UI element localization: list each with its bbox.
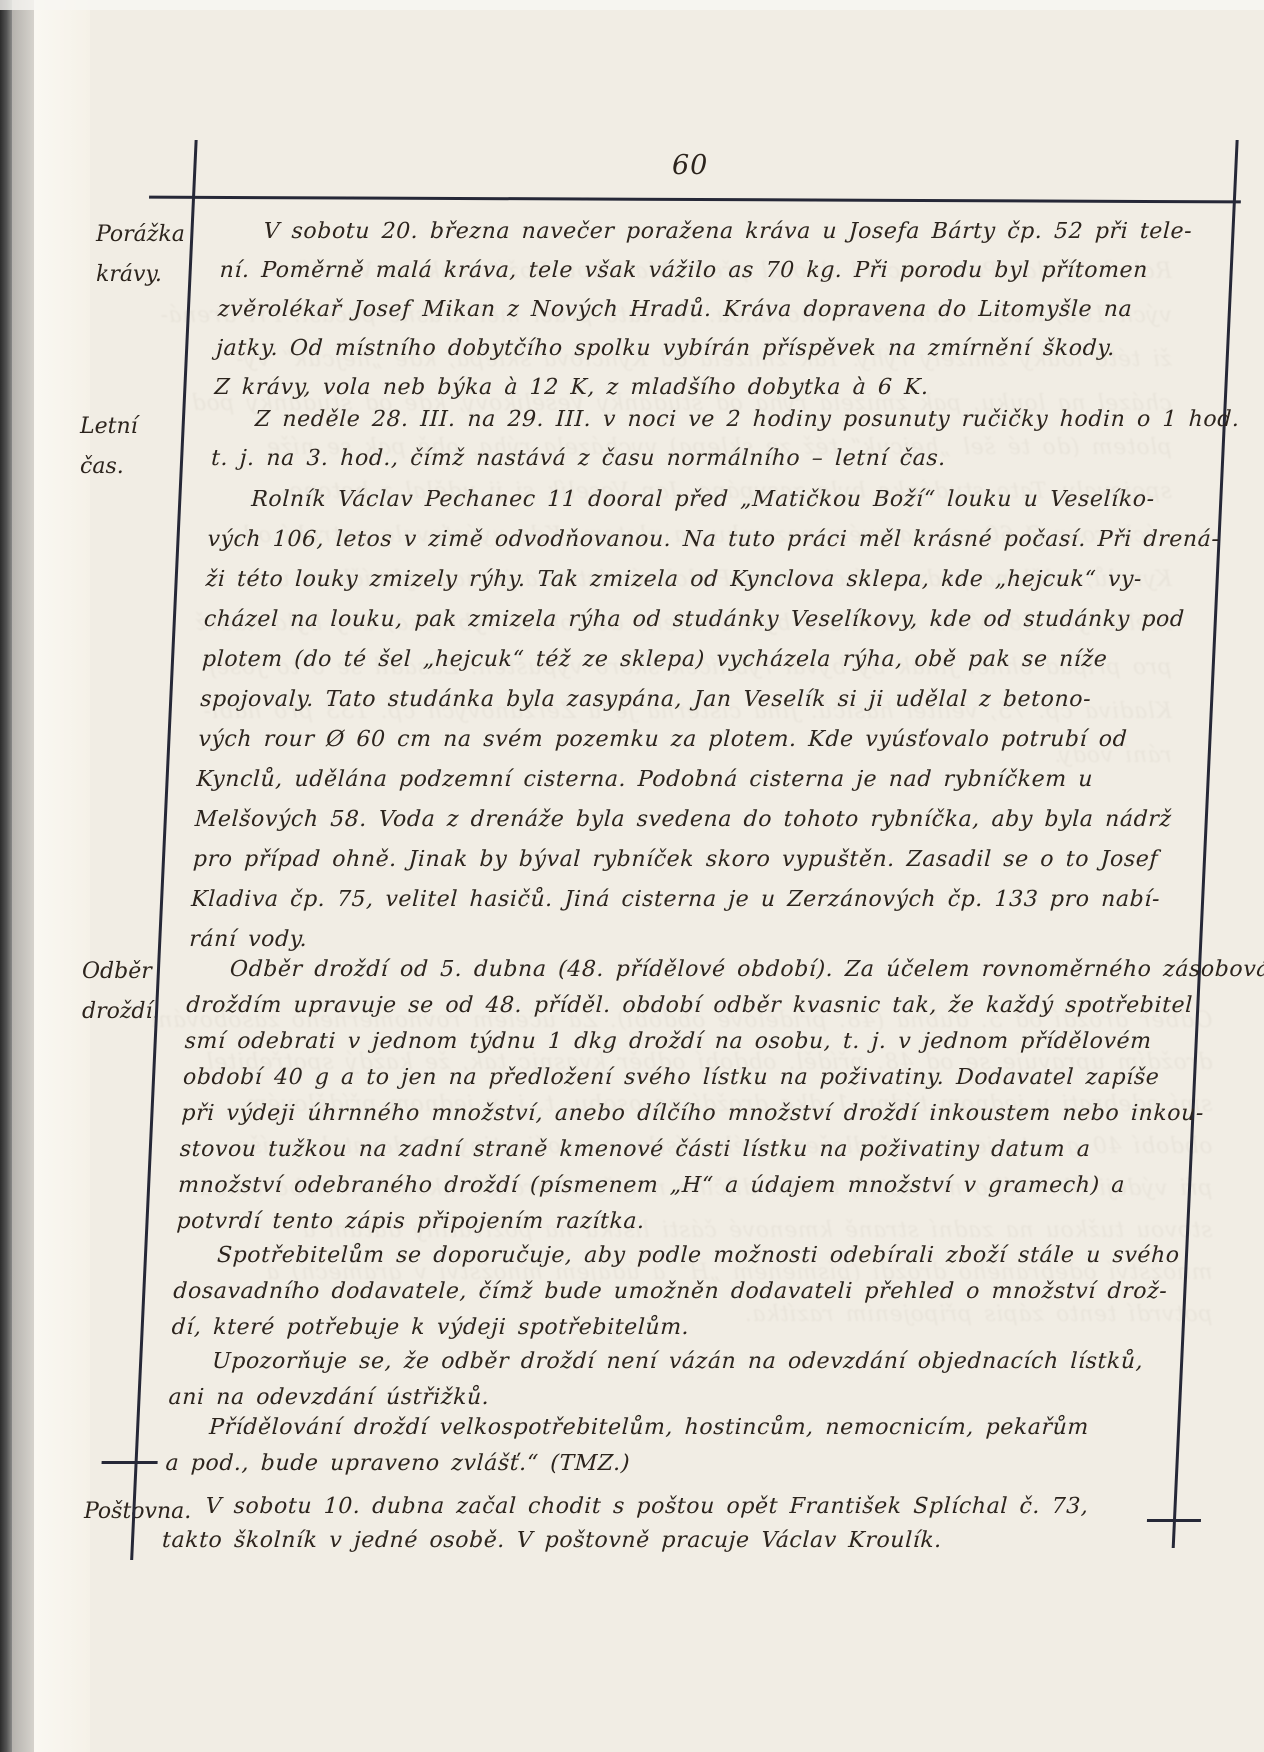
paragraph-meadow-drainage: Rolník Václav Pechanec 11 dooral před „M…: [188, 480, 1222, 960]
bottom-right-tick-mark: [1147, 1519, 1201, 1522]
paragraph-post-office: V sobotu 10. dubna začal chodit s poštou…: [161, 1490, 1089, 1558]
paragraph-yeast-notice: Upozorňuje se, že odběr droždí není vázá…: [168, 1344, 1144, 1416]
paragraph-yeast-wholesale: Přídělování droždí velkospotřebitelům, h…: [165, 1410, 1090, 1482]
paragraph-yeast-consumers: Spotřebitelům se doporučuje, aby podle m…: [171, 1238, 1181, 1346]
ruled-writing-area: V sobotu 20. března navečer poražena krá…: [0, 0, 1264, 1752]
paragraph-cow-slaughter: V sobotu 20. března navečer poražena krá…: [214, 212, 1194, 407]
top-rule-line: [149, 196, 1241, 204]
scanned-chronicle-page: Rolník Václav Pechanec 11 dooral před „M…: [0, 0, 1264, 1752]
paragraph-yeast-rationing: Odběr droždí od 5. dubna (48. přídělové …: [176, 952, 1264, 1240]
paragraph-summer-time: Z neděle 28. III. na 29. III. v noci ve …: [210, 400, 1240, 478]
bottom-left-tick-mark: [102, 1461, 158, 1464]
